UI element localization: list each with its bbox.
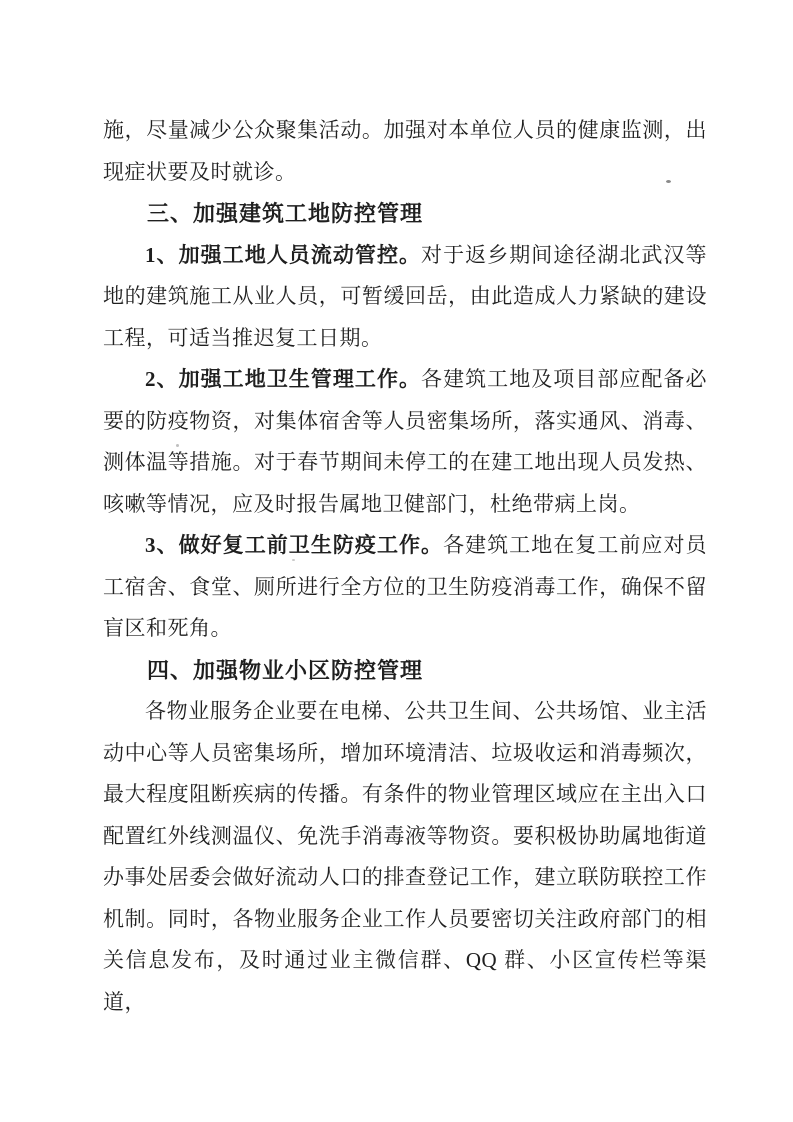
paragraph-text: 各物业服务企业要在电梯、公共卫生间、公共场馆、业主活动中心等人员密集场所，增加环… bbox=[103, 699, 707, 1014]
scan-speck bbox=[666, 180, 671, 183]
section-heading: 三、加强建筑工地防控管理 bbox=[103, 193, 707, 235]
paragraph: 3、做好复工前卫生防疫工作。各建筑工地在复工前应对员工宿舍、食堂、厕所进行全方位… bbox=[103, 525, 707, 650]
section-heading-text: 三、加强建筑工地防控管理 bbox=[147, 201, 423, 226]
paragraph-lead: 1、加强工地人员流动管控。 bbox=[145, 243, 421, 267]
paragraph: 2、加强工地卫生管理工作。各建筑工地及项目部应配备必要的防疫物资，对集体宿舍等人… bbox=[103, 359, 707, 525]
paragraph: 施，尽量减少公众聚集活动。加强对本单位人员的健康监测，出现症状要及时就诊。 bbox=[103, 110, 707, 193]
document-page: 施，尽量减少公众聚集活动。加强对本单位人员的健康监测，出现症状要及时就诊。三、加… bbox=[0, 0, 793, 1122]
paragraph: 各物业服务企业要在电梯、公共卫生间、公共场馆、业主活动中心等人员密集场所，增加环… bbox=[103, 691, 707, 1023]
paragraph-lead: 3、做好复工前卫生防疫工作。 bbox=[145, 533, 443, 557]
section-heading-text: 四、加强物业小区防控管理 bbox=[147, 658, 423, 683]
document-body: 施，尽量减少公众聚集活动。加强对本单位人员的健康监测，出现症状要及时就诊。三、加… bbox=[103, 110, 707, 1023]
paragraph: 1、加强工地人员流动管控。对于返乡期间途径湖北武汉等地的建筑施工从业人员，可暂缓… bbox=[103, 235, 707, 360]
paragraph-lead: 2、加强工地卫生管理工作。 bbox=[145, 367, 421, 391]
paragraph-text: 施，尽量减少公众聚集活动。加强对本单位人员的健康监测，出现症状要及时就诊。 bbox=[103, 118, 707, 184]
scan-speck bbox=[176, 444, 179, 447]
scan-speck bbox=[292, 559, 295, 561]
section-heading: 四、加强物业小区防控管理 bbox=[103, 650, 707, 692]
